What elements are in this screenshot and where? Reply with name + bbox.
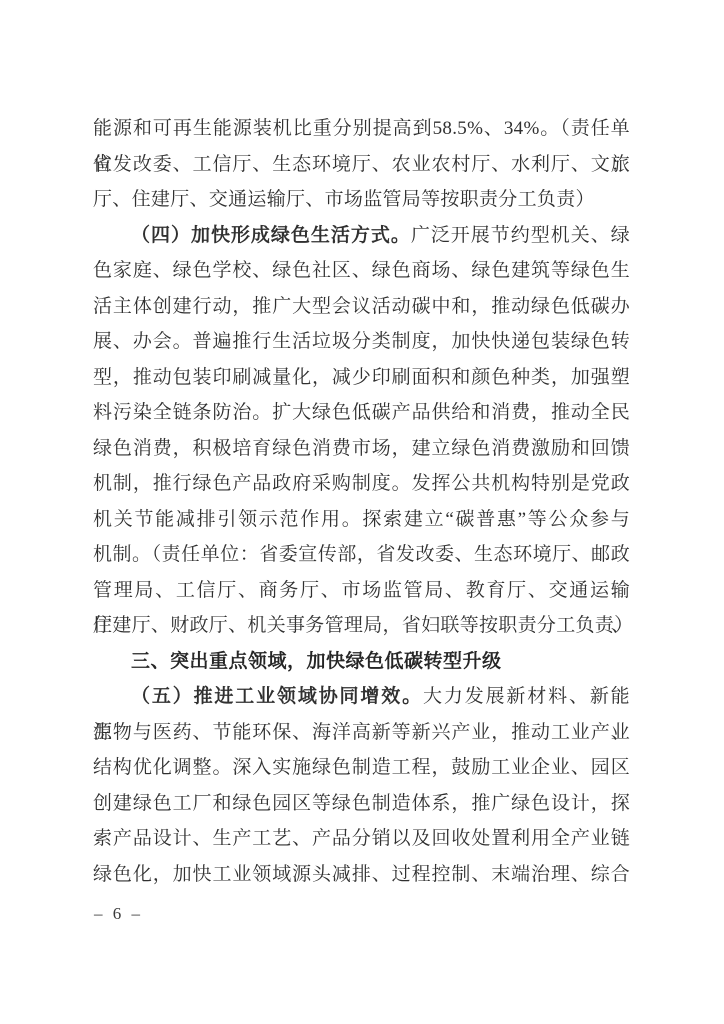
- text-line: 厅、住建厅、交通运输厅、市场监管局等按职责分工负责）: [93, 182, 630, 218]
- text-segment: 展、办会。普遍推行生活垃圾分类制度，加快快递包装绿色转: [93, 331, 630, 352]
- text-line: 料污染全链条防治。扩大绿色低碳产品供给和消费，推动全民: [93, 395, 630, 431]
- text-segment: 色家庭、绿色学校、绿色社区、绿色商场、绿色建筑等绿色生: [93, 260, 630, 281]
- paragraph-heading-line: （五）推进工业领域协同增效。大力发展新材料、新能源、: [93, 679, 630, 715]
- text-line: 生物与医药、节能环保、海洋高新等新兴产业，推动工业产业: [93, 715, 630, 751]
- section-heading: 三、突出重点领域，加快绿色低碳转型升级: [93, 644, 630, 680]
- text-line: 省发改委、工信厅、生态环境厅、农业农村厅、水利厅、文旅: [93, 147, 630, 183]
- text-line: 型，推动包装印刷减量化，减少印刷面积和颜色种类，加强塑: [93, 360, 630, 396]
- paragraph-heading-line: （四）加快形成绿色生活方式。广泛开展节约型机关、绿: [93, 218, 630, 254]
- text-segment: 索产品设计、生产工艺、产品分销以及回收处置利用全产业链: [93, 828, 630, 849]
- text-segment: 机制。（责任单位：省委宣传部，省发改委、生态环境厅、邮政: [93, 544, 630, 565]
- text-segment: 机关节能减排引领示范作用。探索建立“碳普惠”等公众参与: [93, 509, 630, 530]
- text-segment: 料污染全链条防治。扩大绿色低碳产品供给和消费，推动全民: [93, 402, 630, 423]
- text-line: 机制，推行绿色产品政府采购制度。发挥公共机构特别是党政: [93, 466, 630, 502]
- text-line: 色家庭、绿色学校、绿色社区、绿色商场、绿色建筑等绿色生: [93, 253, 630, 289]
- document-page: 能源和可再生能源装机比重分别提高到58.5%、34%。（责任单位：省发改委、工信…: [0, 0, 724, 1024]
- text-segment: 绿色化，加快工业领域源头减排、过程控制、末端治理、综合: [93, 864, 630, 885]
- text-line: 活主体创建行动，推广大型会议活动碳中和，推动绿色低碳办: [93, 289, 630, 325]
- text-segment: 活主体创建行动，推广大型会议活动碳中和，推动绿色低碳办: [93, 296, 630, 317]
- text-segment: 机制，推行绿色产品政府采购制度。发挥公共机构特别是党政: [93, 473, 630, 494]
- text-segment: 住建厅、财政厅、机关事务管理局，省妇联等按职责分工负责）: [93, 615, 633, 636]
- page-number: – 6 –: [94, 902, 143, 926]
- text-line: 住建厅、财政厅、机关事务管理局，省妇联等按职责分工负责）: [93, 608, 630, 644]
- text-line: 能源和可再生能源装机比重分别提高到58.5%、34%。（责任单位：: [93, 111, 630, 147]
- text-line: 机制。（责任单位：省委宣传部，省发改委、生态环境厅、邮政: [93, 537, 630, 573]
- text-segment: 生物与医药、节能环保、海洋高新等新兴产业，推动工业产业: [93, 722, 630, 743]
- bold-text-segment: （四）加快形成绿色生活方式。: [131, 225, 411, 246]
- text-segment: 省发改委、工信厅、生态环境厅、农业农村厅、水利厅、文旅: [93, 154, 630, 175]
- text-segment: 厅、住建厅、交通运输厅、市场监管局等按职责分工负责）: [93, 189, 595, 210]
- text-line: 创建绿色工厂和绿色园区等绿色制造体系，推广绿色设计，探: [93, 786, 630, 822]
- text-line: 机关节能减排引领示范作用。探索建立“碳普惠”等公众参与: [93, 502, 630, 538]
- text-line: 结构优化调整。深入实施绿色制造工程，鼓励工业企业、园区: [93, 750, 630, 786]
- text-segment: 创建绿色工厂和绿色园区等绿色制造体系，推广绿色设计，探: [93, 793, 630, 814]
- bold-text-segment: 三、突出重点领域，加快绿色低碳转型升级: [131, 651, 502, 672]
- text-line: 索产品设计、生产工艺、产品分销以及回收处置利用全产业链: [93, 821, 630, 857]
- text-line: 展、办会。普遍推行生活垃圾分类制度，加快快递包装绿色转: [93, 324, 630, 360]
- text-block: 能源和可再生能源装机比重分别提高到58.5%、34%。（责任单位：省发改委、工信…: [93, 111, 630, 892]
- text-segment: 绿色消费，积极培育绿色消费市场，建立绿色消费激励和回馈: [93, 438, 630, 459]
- bold-text-segment: （五）推进工业领域协同增效。: [131, 686, 423, 707]
- text-segment: 型，推动包装印刷减量化，减少印刷面积和颜色种类，加强塑: [93, 367, 630, 388]
- text-segment: 广泛开展节约型机关、绿: [411, 225, 630, 246]
- text-line: 绿色消费，积极培育绿色消费市场，建立绿色消费激励和回馈: [93, 431, 630, 467]
- text-segment: 结构优化调整。深入实施绿色制造工程，鼓励工业企业、园区: [93, 757, 630, 778]
- text-line: 绿色化，加快工业领域源头减排、过程控制、末端治理、综合: [93, 857, 630, 893]
- text-line: 管理局、工信厅、商务厅、市场监管局、教育厅、交通运输厅、: [93, 573, 630, 609]
